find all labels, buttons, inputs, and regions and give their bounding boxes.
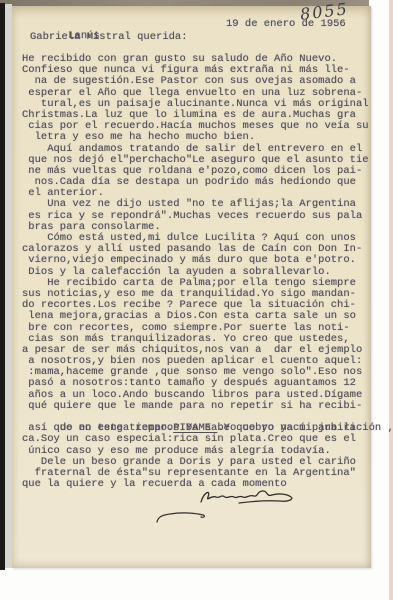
scan-edge-right — [389, 0, 393, 600]
letter-header: Lanús 19 de enero de 1956 — [22, 18, 365, 31]
letter-body-part2: así que no tenga reparos.Ya sabe que yo … — [22, 423, 371, 490]
letter-line: Aquí andamos tratando de salir del entre… — [22, 144, 371, 155]
letter-line: Una vez ne dijo usted "no te aflijas;la … — [22, 199, 371, 210]
letter-line: ca.Soy un caso especial:rica sin plata.C… — [22, 434, 371, 445]
letter-line: pasó a nosotros:tanto tamaño y después a… — [22, 378, 371, 389]
letter-line: bre con recortes, como siempre.Por suert… — [22, 323, 371, 334]
letter-line: lena mejora,gracias a Dios.Con esta cart… — [22, 311, 371, 322]
letter-salutation: Gabriela Mistral querida: — [30, 31, 188, 43]
letter-body-part1: He recibido con gran gusto su saludo de … — [22, 54, 371, 412]
letter-line: letra y eso me ha hecho mucho bien. — [22, 132, 371, 143]
signature-scribble — [151, 484, 313, 536]
letter-body: He recibido con gran gusto su saludo de … — [22, 54, 371, 490]
letter-line: na de sugestión.Ese Pastor con sus oveja… — [22, 76, 371, 87]
letter-date: 19 de enero de 1956 — [226, 18, 346, 30]
scan-edge-left-light — [5, 4, 12, 568]
letter-sheet: 8055 Lanús 19 de enero de 1956 Gabriela … — [12, 6, 371, 568]
letter-line: qué quiere que le mande para no repetir … — [22, 401, 371, 412]
letter-line: vierno,viejo empecinado y más duro que b… — [22, 255, 371, 266]
